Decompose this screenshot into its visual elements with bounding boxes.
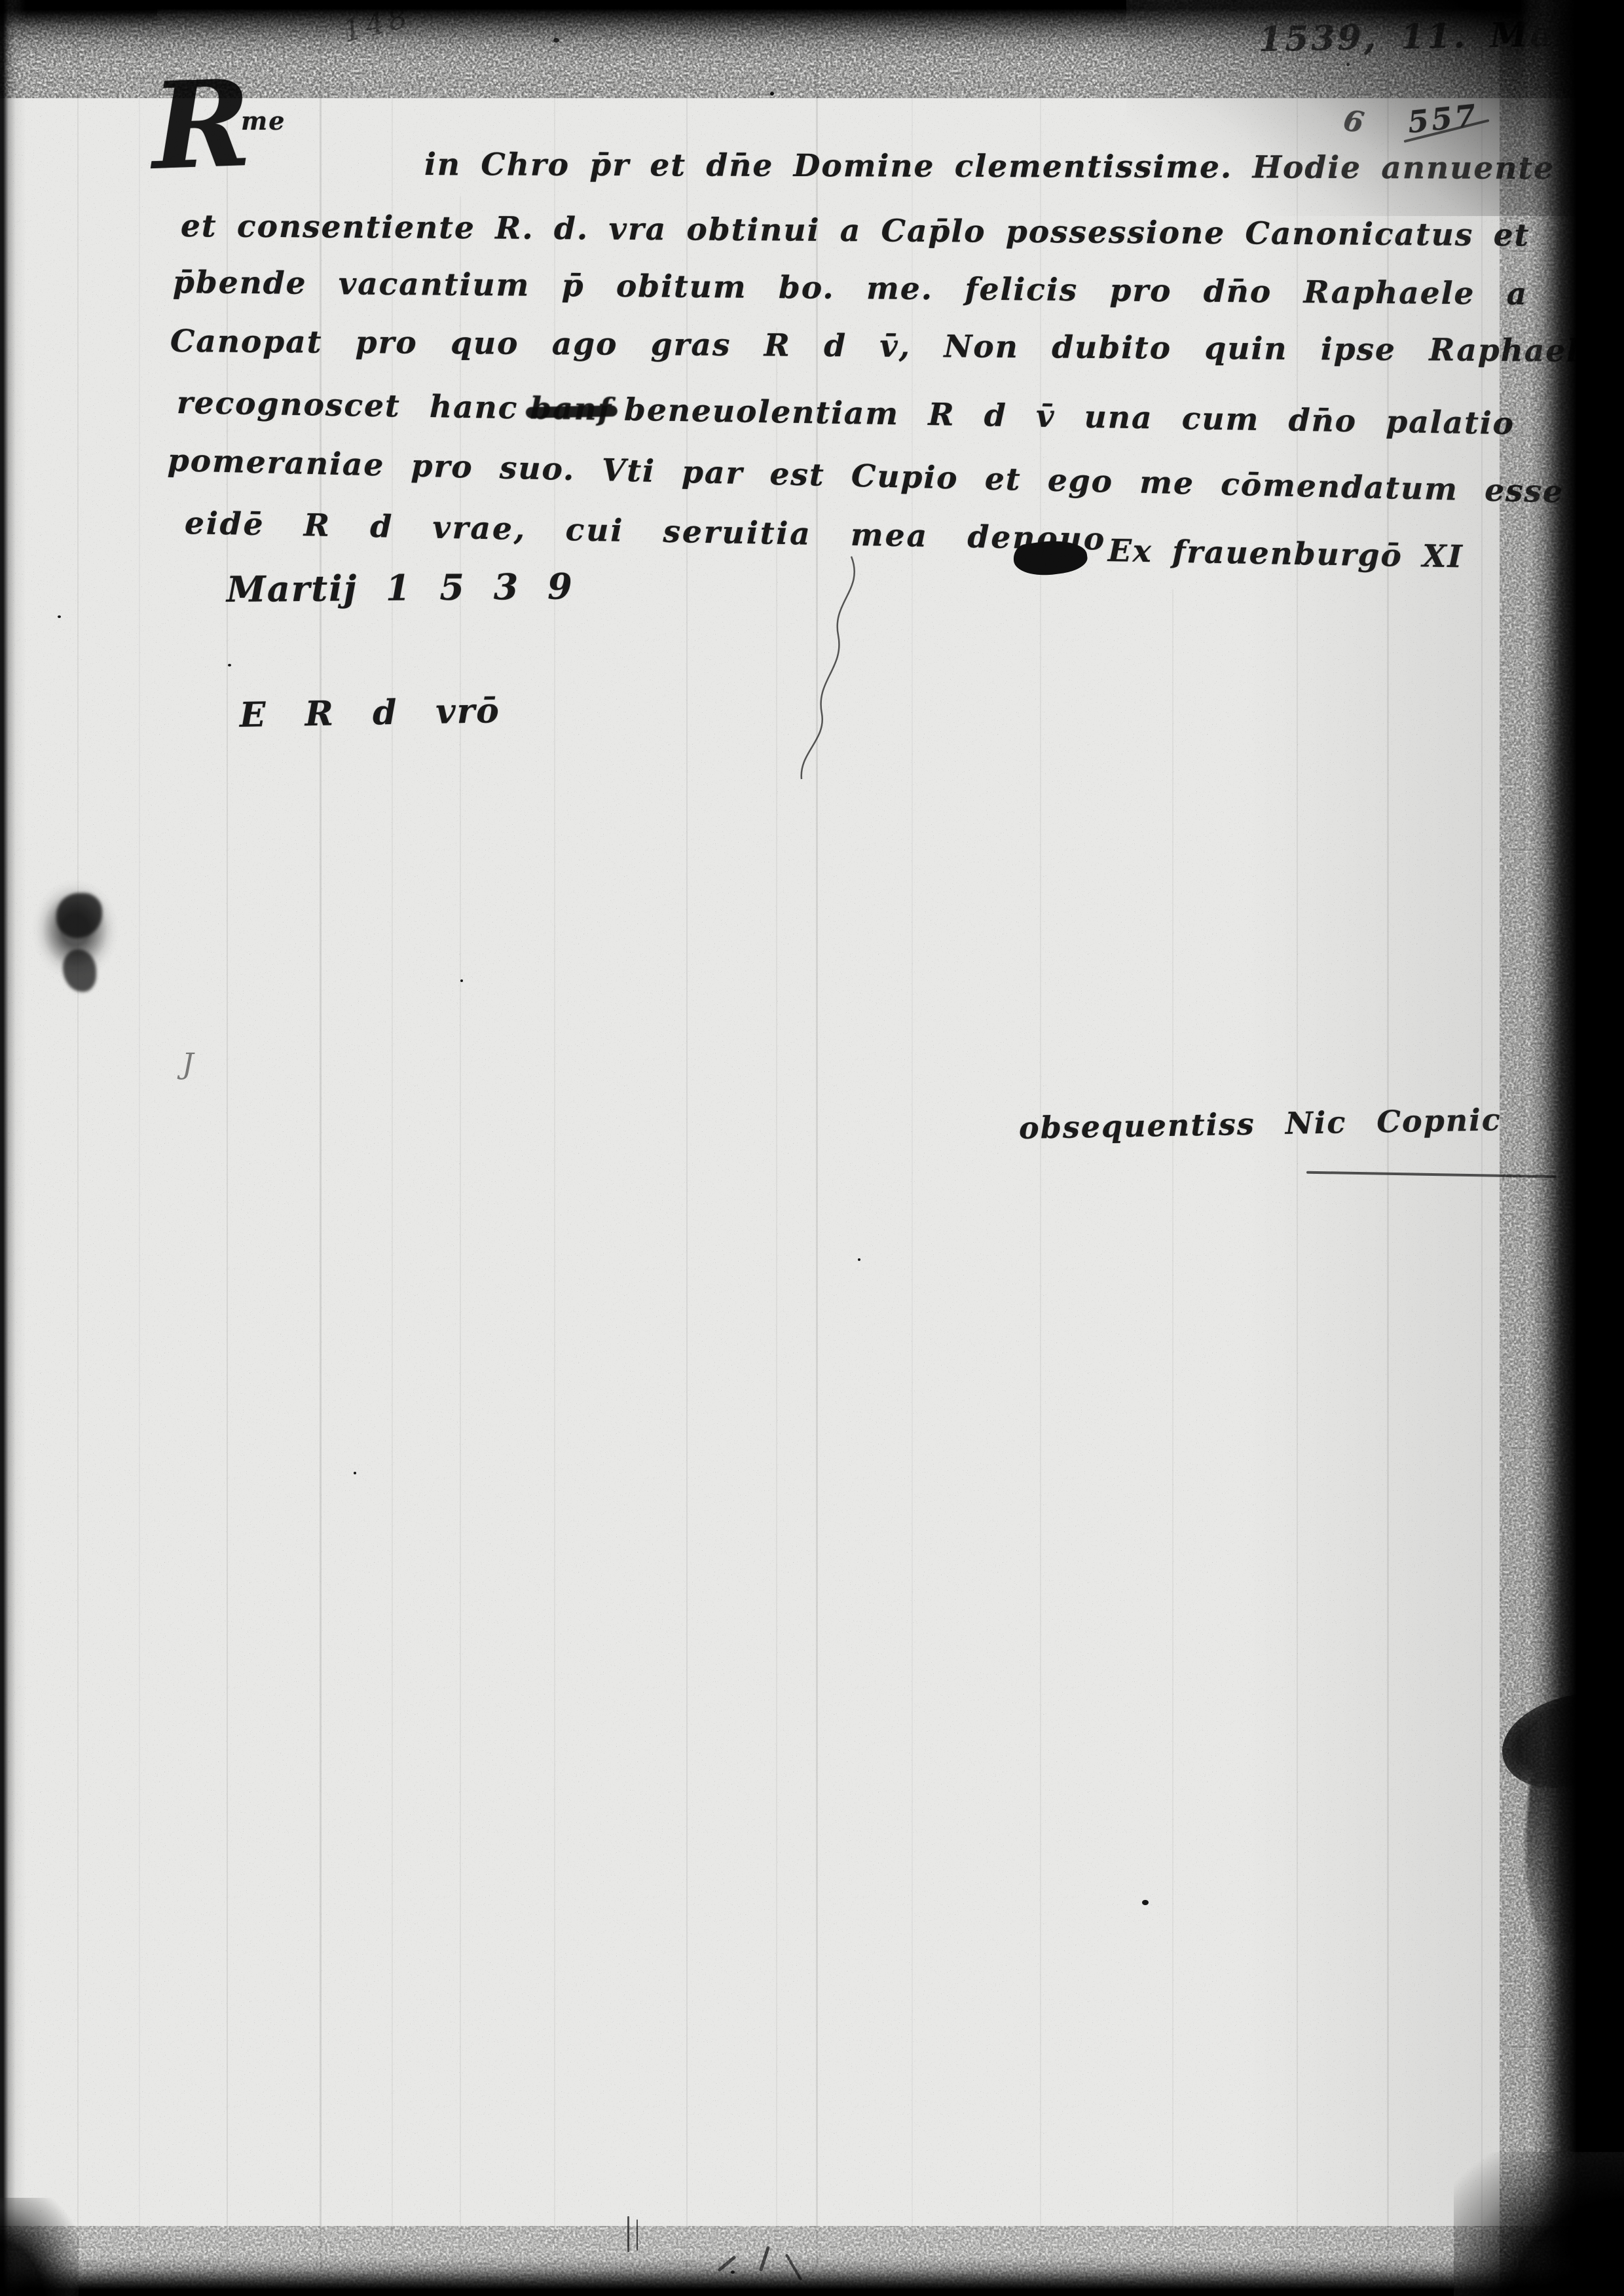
stray-pen-mark <box>637 2219 638 2251</box>
photo-speck <box>770 92 774 96</box>
photo-edge-bottom <box>0 2254 1624 2296</box>
photo-speck <box>228 664 231 666</box>
photo-speck <box>460 979 463 982</box>
photo-edge-right <box>1519 0 1624 2296</box>
stray-pen-mark <box>627 2216 629 2252</box>
ink-blot <box>25 871 130 1011</box>
hair-scratch <box>753 550 897 799</box>
letter-line-5-pre: recognoscet hanc <box>177 385 519 426</box>
letter-closing: E R d vrō <box>239 691 500 735</box>
salutation-initial: R <box>150 70 254 181</box>
letter-date-line: Martij 1 5 3 9 <box>227 565 574 610</box>
right-shading <box>1244 0 1526 2296</box>
strike-through-word: banf <box>530 390 613 428</box>
photo-streak <box>77 26 79 2270</box>
photo-speck <box>58 615 61 618</box>
photo-corner-bottom-right <box>1454 2152 1624 2296</box>
photo-corner-bottom-left <box>0 2198 79 2296</box>
photo-speck <box>858 1258 860 1261</box>
photo-streak <box>460 196 461 2270</box>
photo-streak <box>392 26 393 2270</box>
salutation-superscript: me <box>241 106 286 136</box>
photo-streak <box>554 26 555 2270</box>
manuscript-photograph: 148 1539, 11. Martii 557 6 J R me in Chr… <box>0 0 1624 2296</box>
photo-streak <box>139 26 140 2270</box>
photo-streak <box>320 26 322 2270</box>
hair-scratch-path <box>802 556 855 779</box>
photo-speck <box>1142 1900 1149 1905</box>
photo-streak <box>1172 589 1173 2270</box>
photo-edge-left <box>0 0 26 2296</box>
photo-speck <box>354 1472 356 1474</box>
stray-letter-mark: J <box>182 1048 195 1081</box>
